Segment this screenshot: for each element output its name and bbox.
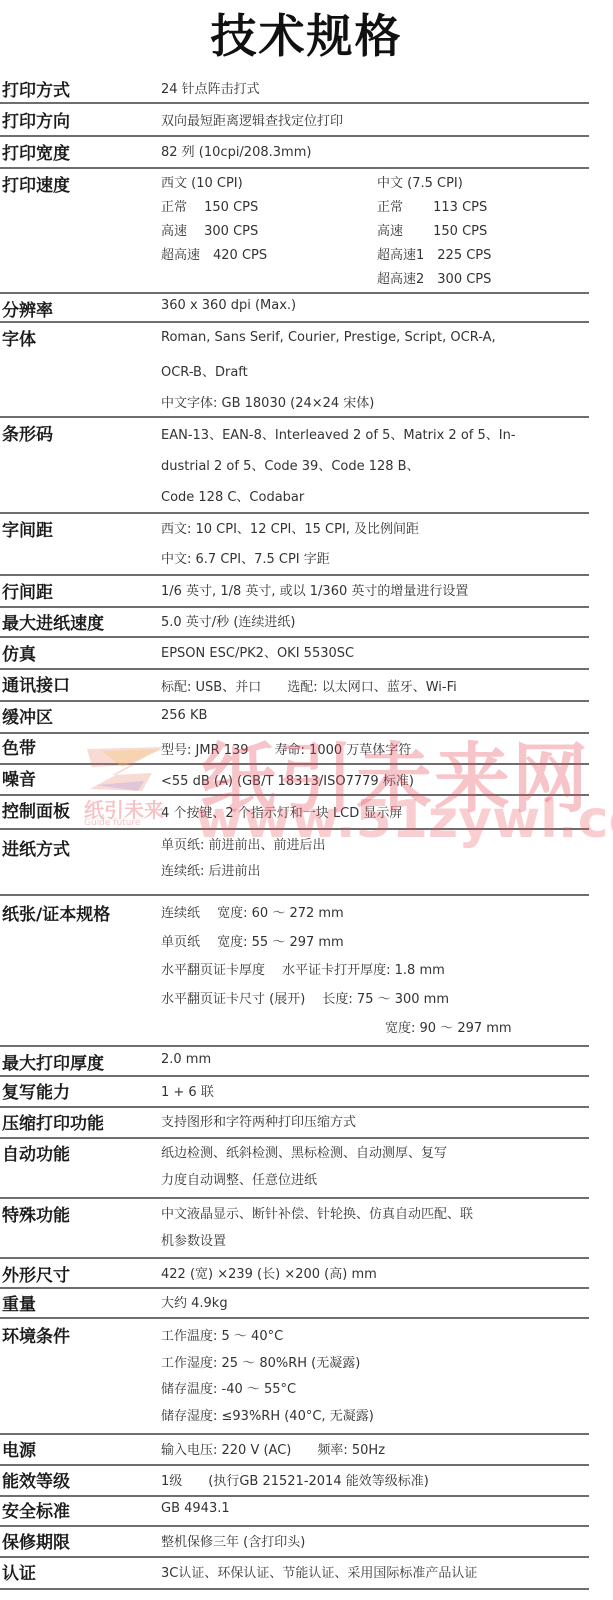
spec-value-energy-class: 1级 (执行GB 21521-2014 能效等级标准) xyxy=(161,1470,429,1489)
spec-value-auto-functions-2: 力度自动调整、任意位进纸 xyxy=(161,1169,317,1188)
spec-value-paper-feed-2: 连续纸: 后进前出 xyxy=(161,860,261,879)
spec-label-print-method: 打印方式 xyxy=(2,76,70,101)
spec-value-dimensions: 422 (宽) ×239 (长) ×200 (高) mm xyxy=(161,1263,377,1282)
spec-value-char-spacing-2: 中文: 6.7 CPI、7.5 CPI 字距 xyxy=(161,548,330,567)
divider xyxy=(0,1495,589,1497)
spec-value-paper-spec-1: 连续纸 宽度: 60 ～ 272 mm xyxy=(161,902,344,921)
spec-label-safety-standard: 安全标准 xyxy=(2,1497,70,1522)
divider xyxy=(0,292,589,294)
divider xyxy=(0,636,589,638)
divider xyxy=(0,763,589,765)
spec-label-power: 电源 xyxy=(2,1436,36,1461)
divider xyxy=(0,416,589,418)
spec-value-copy-capability: 1 + 6 联 xyxy=(161,1081,214,1100)
speed-western-normal: 正常 150 CPS xyxy=(161,196,258,215)
spec-value-print-width: 82 列 (10cpi/208.3mm) xyxy=(161,141,311,160)
spec-label-interface: 通讯接口 xyxy=(2,671,70,696)
spec-label-buffer: 缓冲区 xyxy=(2,703,53,728)
divider xyxy=(0,700,589,702)
spec-value-print-method: 24 针点阵击打式 xyxy=(161,78,260,97)
spec-value-paper-spec-5: 宽度: 90 ～ 297 mm xyxy=(385,1017,512,1036)
spec-value-resolution: 360 x 360 dpi (Max.) xyxy=(161,298,296,313)
spec-label-energy-class: 能效等级 xyxy=(2,1467,70,1492)
spec-label-control-panel: 控制面板 xyxy=(2,797,70,822)
spec-value-power: 输入电压: 220 V (AC) 频率: 50Hz xyxy=(161,1439,385,1458)
spec-label-noise: 噪音 xyxy=(2,765,36,790)
spec-value-barcode-3: Code 128 C、Codabar xyxy=(161,486,304,505)
speed-western-header: 西文 (10 CPI) xyxy=(161,172,243,191)
divider xyxy=(0,1588,589,1590)
spec-value-fonts-2: OCR-B、Draft xyxy=(161,361,248,380)
spec-label-fonts: 字体 xyxy=(2,325,36,350)
divider xyxy=(0,1137,589,1139)
spec-value-emulation: EPSON ESC/PK2、OKI 5530SC xyxy=(161,642,354,661)
divider xyxy=(0,1556,589,1558)
divider xyxy=(0,1287,589,1289)
divider xyxy=(0,1464,589,1466)
spec-value-fonts-1: Roman, Sans Serif, Courier, Prestige, Sc… xyxy=(161,330,496,345)
divider xyxy=(0,1197,589,1199)
speed-chinese-super1: 超高速1 225 CPS xyxy=(377,244,491,263)
spec-label-print-width: 打印宽度 xyxy=(2,139,70,164)
speed-chinese-super2: 超高速2 300 CPS xyxy=(377,268,491,287)
spec-label-special-functions: 特殊功能 xyxy=(2,1201,70,1226)
spec-label-compressed-print: 压缩打印功能 xyxy=(2,1109,104,1134)
spec-value-fonts-3: 中文字体: GB 18030 (24×24 宋体) xyxy=(161,392,374,411)
divider xyxy=(0,321,589,323)
divider xyxy=(0,135,589,137)
spec-label-char-spacing: 字间距 xyxy=(2,516,53,541)
spec-label-ribbon: 色带 xyxy=(2,734,36,759)
spec-value-paper-feed-1: 单页纸: 前进前出、前进后出 xyxy=(161,834,326,853)
spec-label-auto-functions: 自动功能 xyxy=(2,1140,70,1165)
divider xyxy=(0,668,589,670)
spec-value-control-panel: 4 个按键、2 个指示灯和一块 LCD 显示屏 xyxy=(161,802,402,821)
spec-label-line-spacing: 行间距 xyxy=(2,578,53,603)
spec-value-environment-4: 储存湿度: ≤93%RH (40°C, 无凝露) xyxy=(161,1405,374,1424)
spec-value-ribbon: 型号: JMR 139 寿命: 1000 万草体字符 xyxy=(161,739,411,758)
spec-label-barcode: 条形码 xyxy=(2,420,53,445)
divider xyxy=(0,606,589,608)
spec-value-noise: <55 dB (A) (GB/T 18313/ISO7779 标准) xyxy=(161,770,414,789)
divider xyxy=(0,794,589,796)
spec-value-paper-spec-2: 单页纸 宽度: 55 ～ 297 mm xyxy=(161,931,344,950)
spec-label-certification: 认证 xyxy=(2,1559,36,1584)
divider xyxy=(0,894,589,896)
watermark-logo-text: 纸引未来 xyxy=(84,794,164,823)
divider xyxy=(0,828,589,830)
divider xyxy=(0,1045,589,1047)
spec-value-max-thickness: 2.0 mm xyxy=(161,1052,211,1067)
divider xyxy=(0,1106,589,1108)
spec-value-environment-3: 储存温度: -40 ～ 55°C xyxy=(161,1378,296,1397)
spec-value-safety-standard: GB 4943.1 xyxy=(161,1501,230,1516)
spec-value-auto-functions-1: 纸边检测、纸斜检测、黑标检测、自动测厚、复写 xyxy=(161,1142,447,1161)
spec-label-paper-feed: 进纸方式 xyxy=(2,835,70,860)
spec-value-warranty: 整机保修三年 (含打印头) xyxy=(161,1531,305,1550)
divider xyxy=(0,1075,589,1077)
spec-value-interface: 标配: USB、并口 选配: 以太网口、蓝牙、Wi-Fi xyxy=(161,676,457,695)
spec-value-environment-2: 工作湿度: 25 ～ 80%RH (无凝露) xyxy=(161,1352,360,1371)
divider xyxy=(0,167,589,169)
speed-chinese-header: 中文 (7.5 CPI) xyxy=(377,172,463,191)
speed-western-super: 超高速 420 CPS xyxy=(161,244,267,263)
spec-value-line-spacing: 1/6 英寸, 1/8 英寸, 或以 1/360 英寸的增量进行设置 xyxy=(161,580,468,599)
speed-chinese-high: 高速 150 CPS xyxy=(377,220,487,239)
spec-label-max-thickness: 最大打印厚度 xyxy=(2,1049,104,1074)
divider xyxy=(0,1317,589,1319)
spec-label-environment: 环境条件 xyxy=(2,1322,70,1347)
divider xyxy=(0,1433,589,1435)
divider xyxy=(0,1525,589,1527)
spec-label-weight: 重量 xyxy=(2,1290,36,1315)
spec-value-special-functions-2: 机参数设置 xyxy=(161,1230,226,1249)
spec-label-emulation: 仿真 xyxy=(2,640,36,665)
spec-value-print-direction: 双向最短距离逻辑查找定位打印 xyxy=(161,110,343,129)
spec-label-dimensions: 外形尺寸 xyxy=(2,1261,70,1286)
divider xyxy=(0,574,589,576)
spec-label-print-speed: 打印速度 xyxy=(2,171,70,196)
speed-chinese-normal: 正常 113 CPS xyxy=(377,196,487,215)
watermark-logo-icon xyxy=(82,745,172,793)
spec-value-char-spacing-1: 西文: 10 CPI、12 CPI、15 CPI, 及比例间距 xyxy=(161,518,419,537)
divider xyxy=(0,102,589,104)
spec-value-environment-1: 工作温度: 5 ～ 40°C xyxy=(161,1325,283,1344)
spec-value-barcode-2: dustrial 2 of 5、Code 39、Code 128 B、 xyxy=(161,455,420,474)
spec-value-weight: 大约 4.9kg xyxy=(161,1292,228,1311)
spec-value-paper-spec-3: 水平翻页证卡厚度 水平证卡打开厚度: 1.8 mm xyxy=(161,959,445,978)
spec-label-paper-spec: 纸张/证本规格 xyxy=(2,900,110,925)
page-title: 技术规格 xyxy=(0,2,613,70)
divider xyxy=(0,1257,589,1259)
spec-value-certification: 3C认证、环保认证、节能认证、采用国际标准产品认证 xyxy=(161,1562,477,1581)
spec-label-print-direction: 打印方向 xyxy=(2,107,70,132)
spec-label-warranty: 保修期限 xyxy=(2,1528,70,1553)
watermark-logo-subtitle: Guide future xyxy=(84,818,140,828)
spec-value-compressed-print: 支持图形和字符两种打印压缩方式 xyxy=(161,1111,356,1130)
speed-western-high: 高速 300 CPS xyxy=(161,220,258,239)
spec-label-resolution: 分辨率 xyxy=(2,296,53,321)
divider xyxy=(0,732,589,734)
spec-value-paper-spec-4: 水平翻页证卡尺寸 (展开) 长度: 75 ～ 300 mm xyxy=(161,988,449,1007)
spec-label-max-feed-speed: 最大进纸速度 xyxy=(2,609,104,634)
spec-value-max-feed-speed: 5.0 英寸/秒 (连续进纸) xyxy=(161,611,295,630)
divider xyxy=(0,512,589,514)
spec-value-buffer: 256 KB xyxy=(161,708,207,723)
spec-label-copy-capability: 复写能力 xyxy=(2,1078,70,1103)
spec-value-special-functions-1: 中文液晶显示、断针补偿、针轮换、仿真自动匹配、联 xyxy=(161,1203,473,1222)
spec-value-barcode-1: EAN-13、EAN-8、Interleaved 2 of 5、Matrix 2… xyxy=(161,424,516,443)
